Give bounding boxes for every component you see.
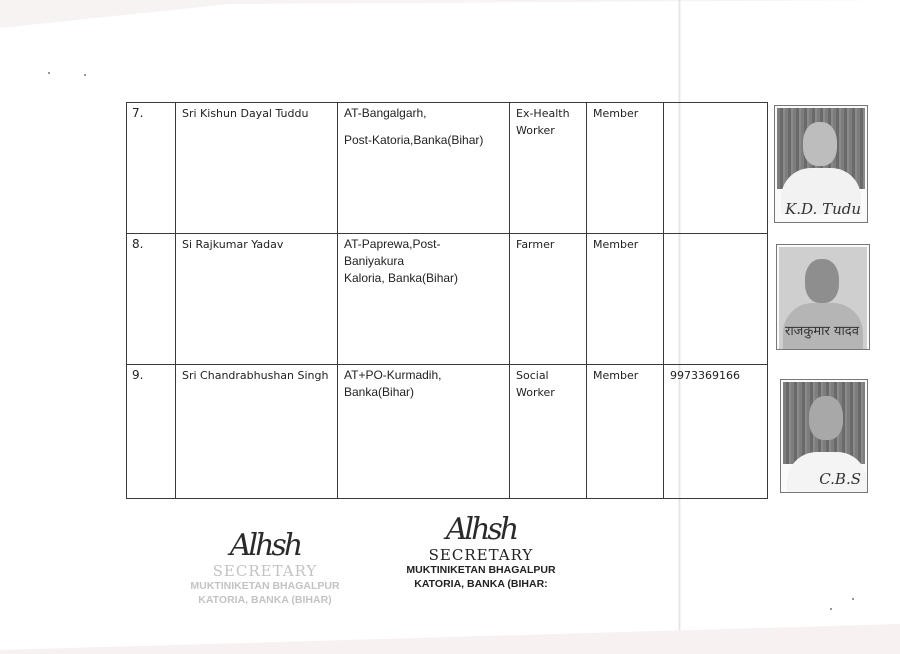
members-table-container: 7. Sri Kishun Dayal Tuddu AT-Bangalgarh,… — [126, 102, 868, 499]
name-cell: Sri Chandrabhushan Singh — [176, 365, 338, 499]
member-name: Sri Kishun Dayal Tuddu — [176, 103, 337, 122]
member-photo: K.D. Tudu — [774, 105, 868, 223]
member-occupation: Farmer — [510, 234, 586, 253]
address-cell: AT-Paprewa,Post- Baniyakura Kaloria, Ban… — [338, 234, 510, 365]
serial-number: 9. — [127, 365, 175, 384]
occupation-cell: Social Worker — [510, 365, 587, 499]
photo-signature: राजकुमार यादव — [785, 321, 859, 339]
member-address: AT-Bangalgarh, Post-Katoria,Banka(Bihar) — [338, 103, 509, 149]
member-designation: Member — [587, 103, 663, 122]
member-occupation: Ex-Health Worker — [510, 103, 586, 139]
address-line: AT+PO-Kurmadih, — [344, 367, 503, 384]
designation-cell: Member — [587, 103, 664, 234]
member-mobile — [664, 103, 767, 105]
photo-signature: K.D. Tudu — [785, 200, 861, 218]
address-line: AT-Bangalgarh, — [344, 105, 503, 122]
member-photo: C.B.S — [780, 379, 868, 493]
mobile-cell: 9973369166 — [664, 365, 768, 499]
address-line: AT-Paprewa,Post- Baniyakura — [344, 236, 503, 270]
photo-person-head — [809, 396, 843, 440]
occupation-cell: Ex-Health Worker — [510, 103, 587, 234]
occupation-cell: Farmer — [510, 234, 587, 365]
designation-cell: Member — [587, 365, 664, 499]
photo-cell: राजकुमार यादव — [768, 234, 868, 365]
member-mobile — [664, 234, 767, 236]
member-name: Si Rajkumar Yadav — [176, 234, 337, 253]
address-line: Kaloria, Banka(Bihar) — [344, 270, 503, 287]
mobile-cell — [664, 103, 768, 234]
serial-number: 7. — [127, 103, 175, 122]
table-row: 8. Si Rajkumar Yadav AT-Paprewa,Post- Ba… — [127, 234, 868, 365]
serial-number: 8. — [127, 234, 175, 253]
address-line: Banka(Bihar) — [344, 384, 503, 401]
serial-number-cell: 8. — [127, 234, 176, 365]
table-row: 9. Sri Chandrabhushan Singh AT+PO-Kurmad… — [127, 365, 868, 499]
member-address: AT+PO-Kurmadih, Banka(Bihar) — [338, 365, 509, 401]
mobile-cell — [664, 234, 768, 365]
designation-cell: Member — [587, 234, 664, 365]
address-cell: AT+PO-Kurmadih, Banka(Bihar) — [338, 365, 510, 499]
member-designation: Member — [587, 365, 663, 384]
serial-number-cell: 9. — [127, 365, 176, 499]
address-line: Post-Katoria,Banka(Bihar) — [344, 132, 503, 149]
photo-person-head — [803, 122, 837, 166]
member-name: Sri Chandrabhushan Singh — [176, 365, 337, 384]
photo-cell: K.D. Tudu — [768, 103, 868, 234]
photo-cell: C.B.S — [768, 365, 868, 499]
name-cell: Sri Kishun Dayal Tuddu — [176, 103, 338, 234]
address-cell: AT-Bangalgarh, Post-Katoria,Banka(Bihar) — [338, 103, 510, 234]
name-cell: Si Rajkumar Yadav — [176, 234, 338, 365]
members-table: 7. Sri Kishun Dayal Tuddu AT-Bangalgarh,… — [126, 102, 868, 499]
serial-number-cell: 7. — [127, 103, 176, 234]
photo-signature: C.B.S — [819, 470, 861, 488]
member-address: AT-Paprewa,Post- Baniyakura Kaloria, Ban… — [338, 234, 509, 287]
member-occupation: Social Worker — [510, 365, 586, 401]
member-photo: राजकुमार यादव — [776, 244, 870, 350]
table-row: 7. Sri Kishun Dayal Tuddu AT-Bangalgarh,… — [127, 103, 868, 234]
photo-person-head — [805, 259, 839, 303]
member-mobile: 9973369166 — [664, 365, 767, 384]
member-designation: Member — [587, 234, 663, 253]
